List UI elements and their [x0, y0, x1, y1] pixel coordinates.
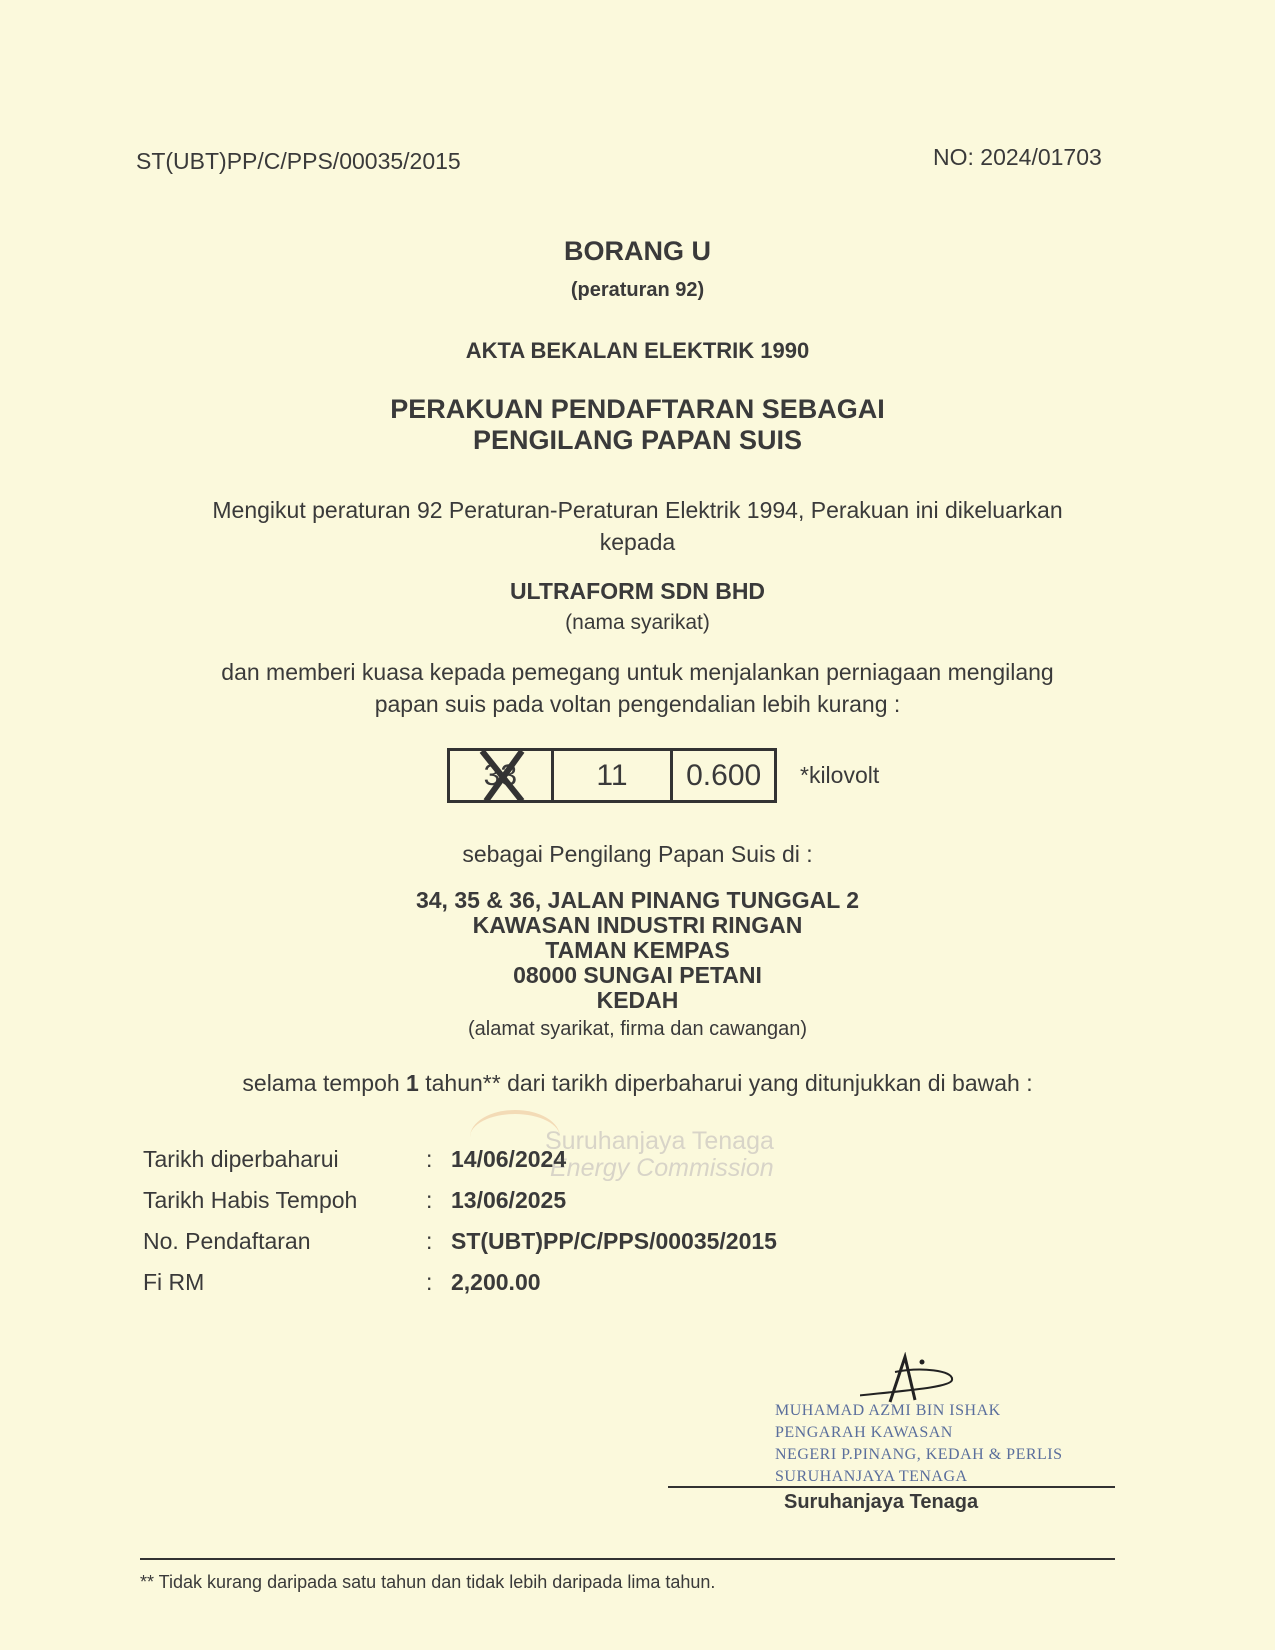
- period-prefix: selama tempoh: [242, 1070, 406, 1096]
- intro-line-1: Mengikut peraturan 92 Peraturan-Peratura…: [0, 494, 1275, 526]
- act-title: AKTA BEKALAN ELEKTRIK 1990: [0, 338, 1275, 364]
- detail-colon: :: [426, 1228, 451, 1269]
- regulation-reference: (peraturan 92): [0, 279, 1275, 302]
- intro-paragraph: Mengikut peraturan 92 Peraturan-Peratura…: [0, 494, 1275, 558]
- period-suffix: tahun** dari tarikh diperbaharui yang di…: [419, 1070, 1033, 1096]
- certificate-title: PERAKUAN PENDAFTARAN SEBAGAI PENGILANG P…: [0, 394, 1275, 456]
- address-line: 34, 35 & 36, JALAN PINANG TUNGGAL 2: [0, 888, 1275, 913]
- address-line: TAMAN KEMPAS: [0, 938, 1275, 963]
- company-caption: (nama syarikat): [0, 611, 1275, 635]
- detail-label: Fi RM: [143, 1269, 426, 1310]
- footnote: ** Tidak kurang daripada satu tahun dan …: [140, 1572, 715, 1593]
- reference-number: ST(UBT)PP/C/PPS/00035/2015: [136, 148, 461, 175]
- authority-line-2: papan suis pada voltan pengendalian lebi…: [0, 688, 1275, 720]
- certificate-title-line2: PENGILANG PAPAN SUIS: [0, 425, 1275, 456]
- location-intro: sebagai Pengilang Papan Suis di :: [0, 838, 1275, 870]
- voltage-value: 0.600: [686, 759, 761, 793]
- footnote-divider: [140, 1558, 1115, 1560]
- signature-line: [668, 1486, 1115, 1488]
- detail-colon: :: [426, 1187, 451, 1228]
- certificate-number: NO: 2024/01703: [933, 144, 1102, 171]
- strikethrough-x-icon: [478, 751, 526, 801]
- detail-colon: :: [426, 1269, 451, 1310]
- detail-label: No. Pendaftaran: [143, 1228, 426, 1269]
- address-caption: (alamat syarikat, firma dan cawangan): [0, 1018, 1275, 1041]
- address-line: 08000 SUNGAI PETANI: [0, 963, 1275, 988]
- certificate-title-line1: PERAKUAN PENDAFTARAN SEBAGAI: [0, 394, 1275, 425]
- period-value: 1: [406, 1070, 419, 1096]
- signatory-stamp: MUHAMAD AZMI BIN ISHAK PENGARAH KAWASAN …: [775, 1400, 1063, 1488]
- authority-paragraph: dan memberi kuasa kepada pemegang untuk …: [0, 656, 1275, 720]
- detail-label: Tarikh diperbaharui: [143, 1146, 426, 1187]
- issuing-organization: Suruhanjaya Tenaga: [784, 1491, 978, 1514]
- detail-row-registration-number: No. Pendaftaran : ST(UBT)PP/C/PPS/00035/…: [143, 1228, 777, 1269]
- validity-period: selama tempoh 1 tahun** dari tarikh dipe…: [0, 1070, 1275, 1097]
- intro-line-2: kepada: [0, 526, 1275, 558]
- detail-colon: :: [426, 1146, 451, 1187]
- signatory-name: MUHAMAD AZMI BIN ISHAK: [775, 1400, 1063, 1422]
- voltage-unit: *kilovolt: [800, 762, 879, 789]
- detail-value: 13/06/2025: [451, 1187, 566, 1228]
- detail-value: 14/06/2024: [451, 1146, 566, 1187]
- voltage-cell: 0.600: [673, 751, 774, 800]
- voltage-box: 33 11 0.600: [447, 748, 777, 803]
- form-title: BORANG U: [0, 236, 1275, 267]
- detail-label: Tarikh Habis Tempoh: [143, 1187, 426, 1228]
- signatory-region: NEGERI P.PINANG, KEDAH & PERLIS: [775, 1444, 1063, 1466]
- company-address: 34, 35 & 36, JALAN PINANG TUNGGAL 2 KAWA…: [0, 888, 1275, 1013]
- voltage-cell-struck: 33: [450, 751, 554, 800]
- signatory-agency: SURUHANJAYA TENAGA: [775, 1466, 1063, 1488]
- detail-row-fee: Fi RM : 2,200.00: [143, 1269, 777, 1310]
- signature-icon: [860, 1352, 970, 1407]
- address-line: KEDAH: [0, 988, 1275, 1013]
- voltage-cell: 11: [554, 751, 674, 800]
- authority-line-1: dan memberi kuasa kepada pemegang untuk …: [0, 656, 1275, 688]
- signatory-title: PENGARAH KAWASAN: [775, 1422, 1063, 1444]
- address-line: KAWASAN INDUSTRI RINGAN: [0, 913, 1275, 938]
- detail-value: 2,200.00: [451, 1269, 541, 1310]
- detail-row-expiry-date: Tarikh Habis Tempoh : 13/06/2025: [143, 1187, 777, 1228]
- voltage-value: 11: [596, 759, 627, 793]
- company-name: ULTRAFORM SDN BHD: [0, 578, 1275, 605]
- details-table: Tarikh diperbaharui : 14/06/2024 Tarikh …: [143, 1146, 777, 1310]
- detail-row-renewal-date: Tarikh diperbaharui : 14/06/2024: [143, 1146, 777, 1187]
- detail-value: ST(UBT)PP/C/PPS/00035/2015: [451, 1228, 777, 1269]
